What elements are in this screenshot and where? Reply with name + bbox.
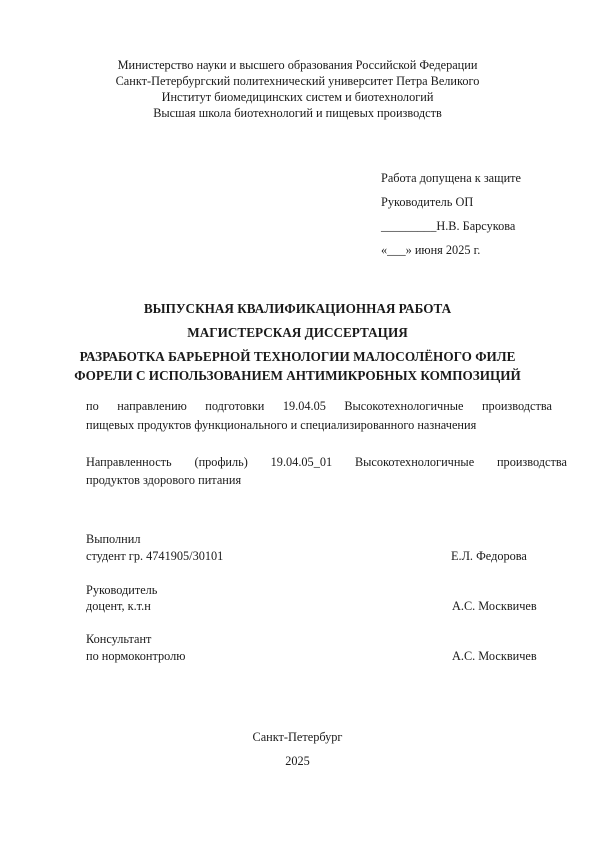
signature-role: Консультант	[86, 632, 151, 647]
school-line: Высшая школа биотехнологий и пищевых про…	[0, 106, 595, 121]
footer-city: Санкт-Петербург	[0, 730, 595, 745]
ministry-line: Министерство науки и высшего образования…	[0, 58, 595, 73]
approval-date: «___» июня 2025 г.	[381, 243, 480, 258]
institute-line: Институт биомедицинских систем и биотехн…	[0, 90, 595, 105]
thesis-topic-line2: ФОРЕЛИ С ИСПОЛЬЗОВАНИЕМ АНТИМИКРОБНЫХ КО…	[0, 368, 595, 384]
footer-year: 2025	[0, 754, 595, 769]
approval-signature: _________Н.В. Барсукова	[381, 219, 515, 234]
signature-role: Руководитель	[86, 583, 157, 598]
approval-head: Руководитель ОП	[381, 195, 473, 210]
thesis-topic-line1: РАЗРАБОТКА БАРЬЕРНОЙ ТЕХНОЛОГИИ МАЛОСОЛЁ…	[0, 349, 595, 365]
thesis-type: ВЫПУСКНАЯ КВАЛИФИКАЦИОННАЯ РАБОТА	[0, 301, 595, 317]
thesis-subtype: МАГИСТЕРСКАЯ ДИССЕРТАЦИЯ	[0, 325, 595, 341]
signature-name: Е.Л. Федорова	[451, 549, 527, 564]
signature-detail: студент гр. 4741905/30101	[86, 549, 223, 564]
profile-line2: продуктов здорового питания	[86, 473, 241, 488]
profile-line1: Направленность (профиль) 19.04.05_01 Выс…	[86, 455, 567, 470]
university-line: Санкт-Петербургский политехнический унив…	[0, 74, 595, 89]
signature-name: А.С. Москвичев	[452, 599, 537, 614]
approval-admitted: Работа допущена к защите	[381, 171, 521, 186]
signature-detail: по нормоконтролю	[86, 649, 186, 664]
signature-detail: доцент, к.т.н	[86, 599, 151, 614]
signature-role: Выполнил	[86, 532, 140, 547]
direction-line2: пищевых продуктов функционального и спец…	[86, 418, 476, 433]
direction-line1: по направлению подготовки 19.04.05 Высок…	[86, 399, 552, 414]
signature-name: А.С. Москвичев	[452, 649, 537, 664]
